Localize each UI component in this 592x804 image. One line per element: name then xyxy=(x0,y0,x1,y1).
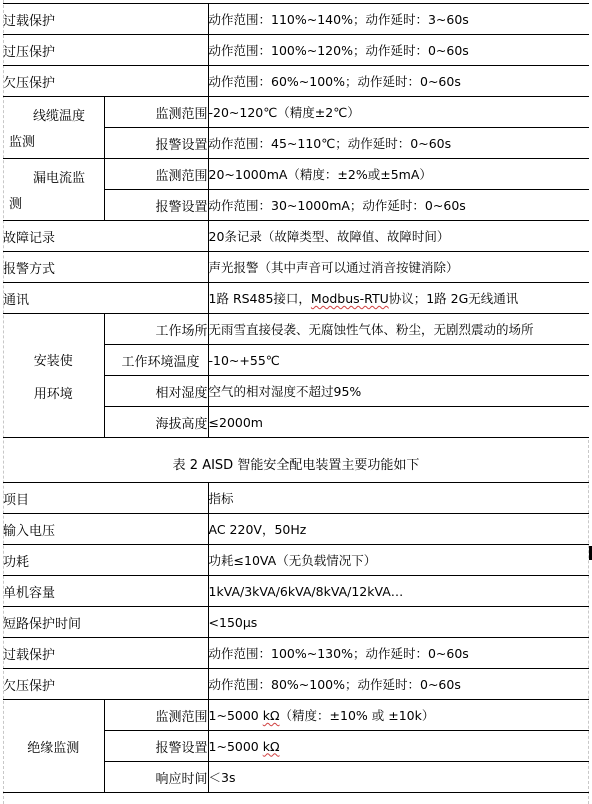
table-header-row: 项目 指标 xyxy=(3,483,589,514)
table-row: 通讯 1路 RS485接口，Modbus-RTU协议；1路 2G无线通讯 xyxy=(3,283,589,314)
row-label: 过载保护 xyxy=(3,4,208,35)
sub-label: 监测范围 xyxy=(104,700,208,731)
comm-value-post: 协议；1路 2G无线通讯 xyxy=(389,291,519,306)
sub-label: 响应时间 xyxy=(104,762,208,793)
group-cell-cable-temp: 线缆温度 监测 xyxy=(3,97,104,159)
table-row: 过载保护 动作范围：110%~140%；动作延时：3~60s xyxy=(3,4,589,35)
table-row: 短路保护时间 <150μs xyxy=(3,607,589,638)
row-label: 故障记录 xyxy=(3,221,208,252)
sub-label: 报警设置 xyxy=(104,128,208,159)
group-label-line1: 漏电流监 xyxy=(33,167,85,186)
row-value: 动作范围：100%~120%；动作延时：0~60s xyxy=(208,35,589,66)
row-label: 过载保护 xyxy=(3,638,208,669)
row-value: 20条记录（故障类型、故障值、故障时间） xyxy=(208,221,589,252)
row-label: 欠压保护 xyxy=(3,669,208,700)
value-pre: 1~5000 xyxy=(209,708,263,723)
spec-table-2: 项目 指标 输入电压 AC 220V，50Hz 功耗 功耗≤10VA（无负载情况… xyxy=(3,482,589,793)
table-row: 过载保护 动作范围：100%~130%；动作延时：0~60s xyxy=(3,638,589,669)
row-value: 声光报警（其中声音可以通过消音按键消除） xyxy=(208,252,589,283)
sub-label: 报警设置 xyxy=(104,190,208,221)
row-value: 动作范围：100%~130%；动作延时：0~60s xyxy=(208,638,589,669)
table-row: 过压保护 动作范围：100%~120%；动作延时：0~60s xyxy=(3,35,589,66)
group-cell-leakage: 漏电流监 测 xyxy=(3,159,104,221)
row-value: ≤2000m xyxy=(208,407,589,438)
table-row: 漏电流监 测 监测范围 20~1000mA（精度：±2%或±5mA） xyxy=(3,159,589,190)
table-row: 输入电压 AC 220V，50Hz xyxy=(3,514,589,545)
table-row: 故障记录 20条记录（故障类型、故障值、故障时间） xyxy=(3,221,589,252)
sub-label: 报警设置 xyxy=(104,731,208,762)
table-row: 单机容量 1kVA/3kVA/6kVA/8kVA/12kVA… xyxy=(3,576,589,607)
sub-label: 监测范围 xyxy=(104,97,208,128)
value-post: （精度：±10% 或 ±10k） xyxy=(280,708,435,723)
row-value: 动作范围：60%~100%；动作延时：0~60s xyxy=(208,66,589,97)
group-label-line1: 线缆温度 xyxy=(33,105,85,124)
table-caption: 表 2 AISD 智能安全配电装置主要功能如下 xyxy=(0,451,592,481)
sub-label: 工作环境温度 xyxy=(104,345,208,376)
group-label-line2: 监测 xyxy=(9,131,35,150)
row-label: 过压保护 xyxy=(3,35,208,66)
sub-label: 监测范围 xyxy=(104,159,208,190)
row-value: 动作范围：80%~100%；动作延时：0~60s xyxy=(208,669,589,700)
row-value: 动作范围：30~1000mA；动作延时：0~60s xyxy=(208,190,589,221)
table-row: 绝缘监测 监测范围 1~5000 kΩ（精度：±10% 或 ±10k） xyxy=(3,700,589,731)
group-label-line2: 测 xyxy=(9,193,22,212)
group-label-line2: 用环境 xyxy=(3,383,104,402)
row-value: 1路 RS485接口，Modbus-RTU协议；1路 2G无线通讯 xyxy=(208,283,589,314)
row-label: 短路保护时间 xyxy=(3,607,208,638)
row-value: 无雨雪直接侵袭、无腐蚀性气体、粉尘，无剧烈震动的场所 xyxy=(208,314,589,345)
row-label: 欠压保护 xyxy=(3,66,208,97)
row-value: -10~+55℃ xyxy=(208,345,589,376)
column-header-spec: 指标 xyxy=(208,483,589,514)
row-value: 1~5000 kΩ xyxy=(208,731,589,762)
row-value: ＜3s xyxy=(208,762,589,793)
table-row: 欠压保护 动作范围：80%~100%；动作延时：0~60s xyxy=(3,669,589,700)
row-value: <150μs xyxy=(208,607,589,638)
row-value: 20~1000mA（精度：±2%或±5mA） xyxy=(208,159,589,190)
row-value: AC 220V，50Hz xyxy=(208,514,589,545)
table-row: 线缆温度 监测 监测范围 -20~120℃（精度±2℃） xyxy=(3,97,589,128)
table-row: 欠压保护 动作范围：60%~100%；动作延时：0~60s xyxy=(3,66,589,97)
document-page: 过载保护 动作范围：110%~140%；动作延时：3~60s 过压保护 动作范围… xyxy=(0,0,592,804)
row-value: 功耗≤10VA（无负载情况下） xyxy=(208,545,589,576)
row-value: 1kVA/3kVA/6kVA/8kVA/12kVA… xyxy=(208,576,589,607)
comm-value-pre: 1路 RS485接口， xyxy=(209,291,311,306)
row-label: 报警方式 xyxy=(3,252,208,283)
column-header-item: 项目 xyxy=(3,483,208,514)
spec-table-1: 过载保护 动作范围：110%~140%；动作延时：3~60s 过压保护 动作范围… xyxy=(3,3,589,438)
sub-label: 海拔高度 xyxy=(104,407,208,438)
sub-label: 相对湿度 xyxy=(104,376,208,407)
group-label-line1: 安装使 xyxy=(3,350,104,369)
row-value: 动作范围：110%~140%；动作延时：3~60s xyxy=(208,4,589,35)
spellcheck-flagged-text: kΩ xyxy=(263,739,280,754)
row-label: 单机容量 xyxy=(3,576,208,607)
table-row: 功耗 功耗≤10VA（无负载情况下） xyxy=(3,545,589,576)
value-pre: 1~5000 xyxy=(209,739,263,754)
sub-label: 工作场所 xyxy=(104,314,208,345)
row-value: 动作范围：45~110℃；动作延时：0~60s xyxy=(208,128,589,159)
table-row: 安装使 用环境 工作场所 无雨雪直接侵袭、无腐蚀性气体、粉尘，无剧烈震动的场所 xyxy=(3,314,589,345)
group-cell-insulation: 绝缘监测 xyxy=(3,700,104,793)
row-label: 输入电压 xyxy=(3,514,208,545)
group-cell-install-env: 安装使 用环境 xyxy=(3,314,104,438)
spellcheck-flagged-text: Modbus-RTU xyxy=(311,291,389,306)
spellcheck-flagged-text: kΩ xyxy=(263,708,280,723)
row-value: 空气的相对湿度不超过95% xyxy=(208,376,589,407)
row-label: 功耗 xyxy=(3,545,208,576)
row-value: -20~120℃（精度±2℃） xyxy=(208,97,589,128)
table-row: 报警方式 声光报警（其中声音可以通过消音按键消除） xyxy=(3,252,589,283)
row-value: 1~5000 kΩ（精度：±10% 或 ±10k） xyxy=(208,700,589,731)
row-label: 通讯 xyxy=(3,283,208,314)
